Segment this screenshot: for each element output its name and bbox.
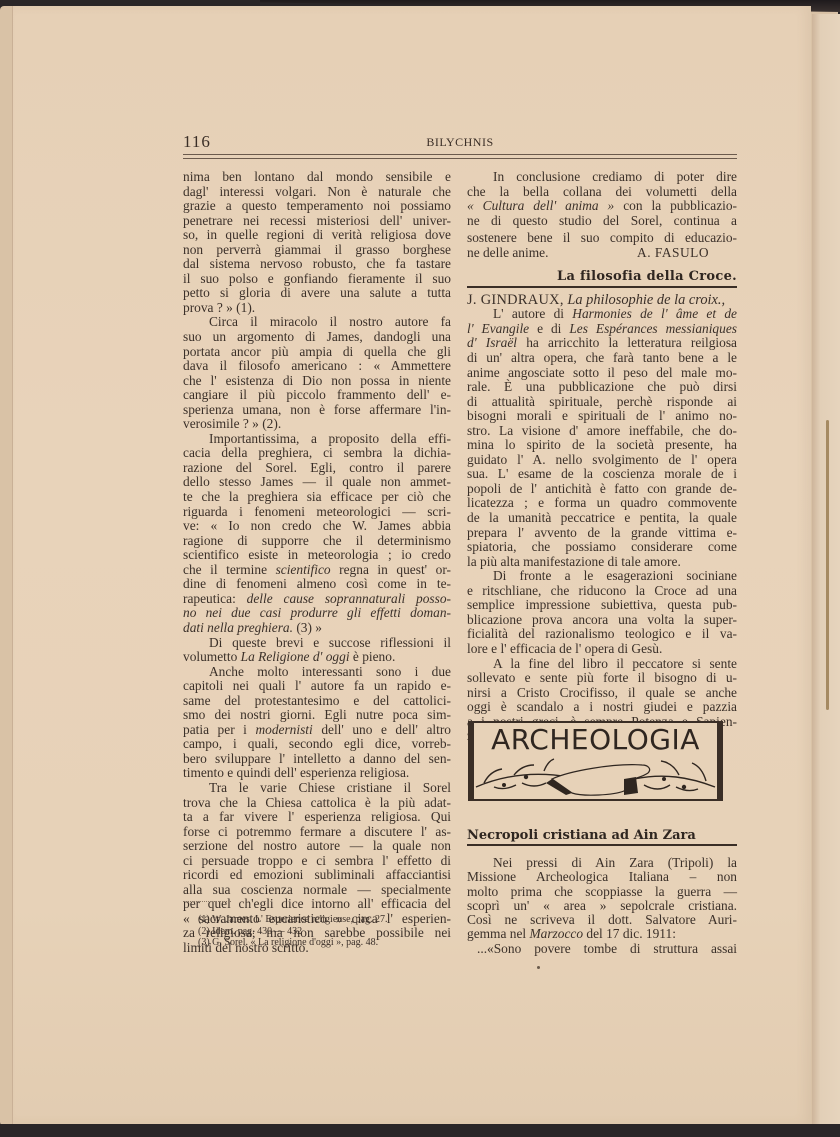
text-line: spiatoria, che possiamo considerare come xyxy=(467,540,737,555)
text-line: dava il filosofo americano : « Ammettere xyxy=(183,359,451,374)
text-line: verosimile ? » (2). xyxy=(183,417,451,432)
text-line: Tra le varie Chiese cristiane il Sorel xyxy=(183,781,451,796)
text-line: sua. L' esame de la coscienza morale de … xyxy=(467,467,737,482)
text-line: dagl' interessi volgari. Non è naturale … xyxy=(183,185,451,200)
text-line: licatezza ; e forma un quadro commovente xyxy=(467,496,737,511)
text-line: molto prima che scoppiasse la guerra — xyxy=(467,885,737,899)
text-line: rale. È una pubblicazione che può dirsi xyxy=(467,380,737,395)
text-line: ne di questo studio del Sorel, continua … xyxy=(467,214,737,229)
text-line: same del protestantesimo e del cattolici… xyxy=(183,694,451,709)
left-column: nima ben lontano dal mondo sensibile e d… xyxy=(183,170,451,956)
footnote-2: (2) Idem. pag. 430 — 432 xyxy=(198,926,458,938)
section-heading-croce: La filosofia della Croce. xyxy=(467,270,737,288)
text-line: sperienza umana, non è forse affermare l… xyxy=(183,403,451,418)
page-header: 116 BILYCHNIS xyxy=(183,132,737,156)
text-line: timento e quindi dell' esperienza religi… xyxy=(183,766,451,781)
running-title: BILYCHNIS xyxy=(183,135,737,150)
text-line: di attualità spirituale, perchè risponde… xyxy=(467,395,737,410)
text-line: mina lo spirito de la società presente, … xyxy=(467,438,737,453)
text-line: trova che la Chiesa cattolica è la più a… xyxy=(183,796,451,811)
text-line: che il termine scientifico regna in ques… xyxy=(183,563,451,578)
text-line: Nei pressi di Ain Zara (Tripoli) la xyxy=(467,856,737,870)
text-line: scientifico esiste in meteorologia ; io … xyxy=(183,548,451,563)
text-line: per quel ch'egli dice intorno all' effic… xyxy=(183,897,451,912)
text-line: stro. La visione d' amore ineffabile, ch… xyxy=(467,424,737,439)
signature-fasulo: A. FASULO xyxy=(637,246,737,261)
text-line: riguarda i fenomeni meteorologici — scri… xyxy=(183,505,451,520)
text-line: lore e l' efficacia de l' opera di Gesù. xyxy=(467,642,737,657)
text-line: petto si gloria di avere una salute a tu… xyxy=(183,286,451,301)
header-rule xyxy=(183,154,737,159)
croce-review: J. GINDRAUX, La philosophie de la croix.… xyxy=(467,293,737,744)
bottom-edge xyxy=(0,1124,840,1137)
text-line: de la umanità peccatrice e pentita, la q… xyxy=(467,511,737,526)
text-line: forse ci potremmo fermare a discutere l'… xyxy=(183,825,451,840)
text-line: « Cultura dell' anima » con la pubblicaz… xyxy=(467,199,737,214)
text-line: Circa il miracolo il nostro autore fa xyxy=(183,315,451,330)
conclusion-paragraph: In conclusione crediamo di poter dire ch… xyxy=(467,170,737,260)
banner-title: ARCHEOLOGIA xyxy=(474,723,717,756)
text-line: oggi è scandalo a i nostri giudei e pazz… xyxy=(467,700,737,715)
text-line: che la bella collana dei volumetti della xyxy=(467,185,737,200)
byline: J. GINDRAUX, La philosophie de la croix.… xyxy=(467,293,737,308)
text-line: patia per i modernisti dell' uno e dell'… xyxy=(183,723,451,738)
text-line: prepara l' avvento de la grande vittima … xyxy=(467,526,737,541)
text-line: ve: « Io non credo che W. James abbia xyxy=(183,519,451,534)
text-line: Missione Archeologica Italiana – non xyxy=(467,870,737,884)
text-line: bisogni morali e spirituali de l' animo … xyxy=(467,409,737,424)
text-line: bero sviluppare l' intelletto a danno de… xyxy=(183,752,451,767)
text-line: sostenere bene il suo compito di educazi… xyxy=(467,231,737,246)
text-line: serzione del nostro autore — la quale no… xyxy=(183,839,451,854)
text-line: ci persuade troppo e ci sembra l' effett… xyxy=(183,854,451,869)
text-line: alla sua coscienza normale — specialment… xyxy=(183,883,451,898)
text-line: Così ne scriveva il dott. Salvatore Auri… xyxy=(467,913,737,927)
text-line: Importantissima, a proposito della effi- xyxy=(183,432,451,447)
footnote-3: (3) G. Sorel. « La religione d'oggi », p… xyxy=(198,937,458,949)
text-line: di un' altra opera, che farà tanto bene … xyxy=(467,351,737,366)
text-line: rapeutica: delle cause soprannaturali po… xyxy=(183,592,451,607)
necropoli-article: Nei pressi di Ain Zara (Tripoli) la Miss… xyxy=(467,856,737,956)
text-line: semplice impressione subiettiva, questa … xyxy=(467,598,737,613)
text-line: scoprì un' « area » sepolcrale cristiana… xyxy=(467,899,737,913)
text-line: ficialità del razionalismo teologico e i… xyxy=(467,627,737,642)
text-line: L' autore di Harmonies de l' âme et de xyxy=(467,307,737,322)
text-line: e ritschliane, che riducono la Croce ad … xyxy=(467,584,737,599)
text-line: ragione di supporre che il determinismo xyxy=(183,534,451,549)
text-line: capitoli nei quali l' autore fa un rapid… xyxy=(183,679,451,694)
text-line: d' Israël ha arricchito la letteratura r… xyxy=(467,336,737,351)
text-line: ...«Sono povere tombe di struttura assai xyxy=(467,942,737,956)
text-line: nirsi a Cristo Crocifisso, il quale se a… xyxy=(467,686,737,701)
text-line: gemma nel Marzocco del 17 dic. 1911: xyxy=(467,927,737,941)
text-line: campo, i quali, secondo egli dice, vorre… xyxy=(183,737,451,752)
text-line: dati nella preghiera. (3) » xyxy=(183,621,451,636)
archeologia-banner: ARCHEOLOGIA xyxy=(468,721,723,801)
text-line: te che la preghiera sia efficace per ciò… xyxy=(183,490,451,505)
text-line: la più alta manifestazione di tale amore… xyxy=(467,555,737,570)
text-line: cangiare il più piccolo frammento dell' … xyxy=(183,388,451,403)
text-line: dine di fenomeni almeno così come in te- xyxy=(183,577,451,592)
right-column: In conclusione crediamo di poter dire ch… xyxy=(467,170,737,744)
text-line: che l' esistenza di Dio non possa in nie… xyxy=(183,374,451,389)
signature-line: ne delle anime. A. FASULO xyxy=(467,246,737,261)
footnotes: (1) W. James. L' Esperience religieuse, … xyxy=(198,914,458,949)
section-heading-necropoli: Necropoli cristiana ad Ain Zara xyxy=(467,828,737,846)
text-line: nima ben lontano dal mondo sensibile e xyxy=(183,170,451,185)
text-line: non perverrà giammai il grasso borghese xyxy=(183,243,451,258)
text-line: penetrare nei recessi misteriosi dell' u… xyxy=(183,214,451,229)
text-line: ricordi ed emozioni subliminali affaccia… xyxy=(183,868,451,883)
text-line: In conclusione crediamo di poter dire xyxy=(467,170,737,185)
text-line: popoli de l' antichità è fatto con grand… xyxy=(467,482,737,497)
text-line: razione del Sorel. Egli, contro il parer… xyxy=(183,461,451,476)
text-line: portata ancor più ampia di quella che gl… xyxy=(183,345,451,360)
text-line: grazie a questo temperamento noi possiam… xyxy=(183,199,451,214)
binding-thread xyxy=(826,420,829,710)
text-line: Anche molto interessanti sono i due xyxy=(183,665,451,680)
text-line: anime angosciate sotto il peso del male … xyxy=(467,366,737,381)
ink-speck xyxy=(537,966,540,969)
text-line: prova ? » (1). xyxy=(183,301,451,316)
text-line: volumetto La Religione d' oggi è pieno. xyxy=(183,650,451,665)
text-line: blicazione prova ancora una volta la sup… xyxy=(467,613,737,628)
text-line: cacia della preghiera, ci sembra la dich… xyxy=(183,446,451,461)
text-line: Di queste brevi e succose riflessioni il xyxy=(183,636,451,651)
text-line: so, in quelle regioni di verità religios… xyxy=(183,228,451,243)
text-line: guidato l' A. nello svolgimento de l' op… xyxy=(467,453,737,468)
text-line: Di fronte a le esagerazioni sociniane xyxy=(467,569,737,584)
text-line: sollevato e sente più forte il bisogno d… xyxy=(467,671,737,686)
footnote-separator xyxy=(183,901,231,902)
text-line: dal sistema nervoso robusto, che fa tast… xyxy=(183,257,451,272)
text-line: A la fine del libro il peccatore si sent… xyxy=(467,657,737,672)
text-line: suo un argomento di James, dandogli una xyxy=(183,330,451,345)
text-line: smo dei nostri giorni. Egli nutre poca s… xyxy=(183,708,451,723)
text-line: no nei due casi produrre gli effetti dom… xyxy=(183,606,451,621)
text-line: l' Evangile e di Les Espérances messiani… xyxy=(467,322,737,337)
oil-lamp-olive-branch-icon xyxy=(474,757,717,799)
text-line: dello stesso James — il quale non ammet- xyxy=(183,475,451,490)
text-line: il suo polso e gonfiando fieramente il s… xyxy=(183,272,451,287)
footnote-1: (1) W. James. L' Esperience religieuse, … xyxy=(198,914,458,926)
text-line: ta a far vivere l' esperienza religiosa.… xyxy=(183,810,451,825)
